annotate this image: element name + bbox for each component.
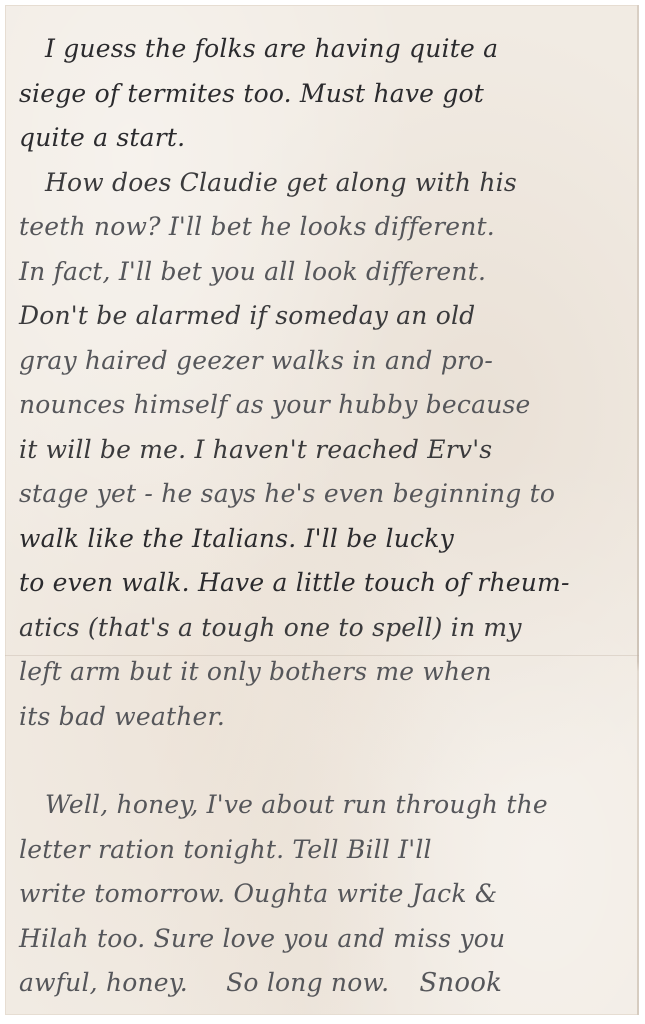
closing-line: awful, honey. So long now. Snook [19, 961, 629, 1006]
text-line: it will be me. I haven't reached Erv's [19, 428, 629, 473]
text-line: In fact, I'll bet you all look different… [19, 250, 629, 295]
text-line: write tomorrow. Oughta write Jack & [19, 872, 629, 917]
text-line: atics (that's a tough one to spell) in m… [19, 606, 629, 651]
text-line: letter ration tonight. Tell Bill I'll [19, 828, 629, 873]
text-line: nounces himself as your hubby because [19, 383, 629, 428]
text-line: quite a start. [19, 116, 629, 161]
text-line: siege of termites too. Must have got [19, 72, 629, 117]
text-line: How does Claudie get along with his [19, 161, 629, 206]
text-line: walk like the Italians. I'll be lucky [19, 517, 629, 562]
paragraph-1: I guess the folks are having quite a sie… [19, 27, 629, 161]
text-line: I guess the folks are having quite a [19, 27, 629, 72]
paper-edge [637, 5, 639, 1015]
text-line: its bad weather. [19, 695, 629, 740]
text-fragment: awful, honey. [19, 968, 188, 997]
text-line: stage yet - he says he's even beginning … [19, 472, 629, 517]
paragraph-spacer [19, 739, 629, 783]
closing-phrase: So long now. [226, 961, 389, 1006]
text-line: teeth now? I'll bet he looks different. [19, 205, 629, 250]
letter-page: I guess the folks are having quite a sie… [5, 5, 639, 1015]
text-line: left arm but it only bothers me when [19, 650, 629, 695]
text-line: to even walk. Have a little touch of rhe… [19, 561, 629, 606]
text-line: gray haired geezer walks in and pro- [19, 339, 629, 384]
signature: Snook [419, 961, 502, 1006]
text-line: Well, honey, I've about run through the [19, 783, 629, 828]
text-line: Hilah too. Sure love you and miss you [19, 917, 629, 962]
text-line: Don't be alarmed if someday an old [19, 294, 629, 339]
paragraph-3: Well, honey, I've about run through the … [19, 783, 629, 1006]
paragraph-2: How does Claudie get along with his teet… [19, 161, 629, 740]
letter-body: I guess the folks are having quite a sie… [19, 27, 629, 1006]
